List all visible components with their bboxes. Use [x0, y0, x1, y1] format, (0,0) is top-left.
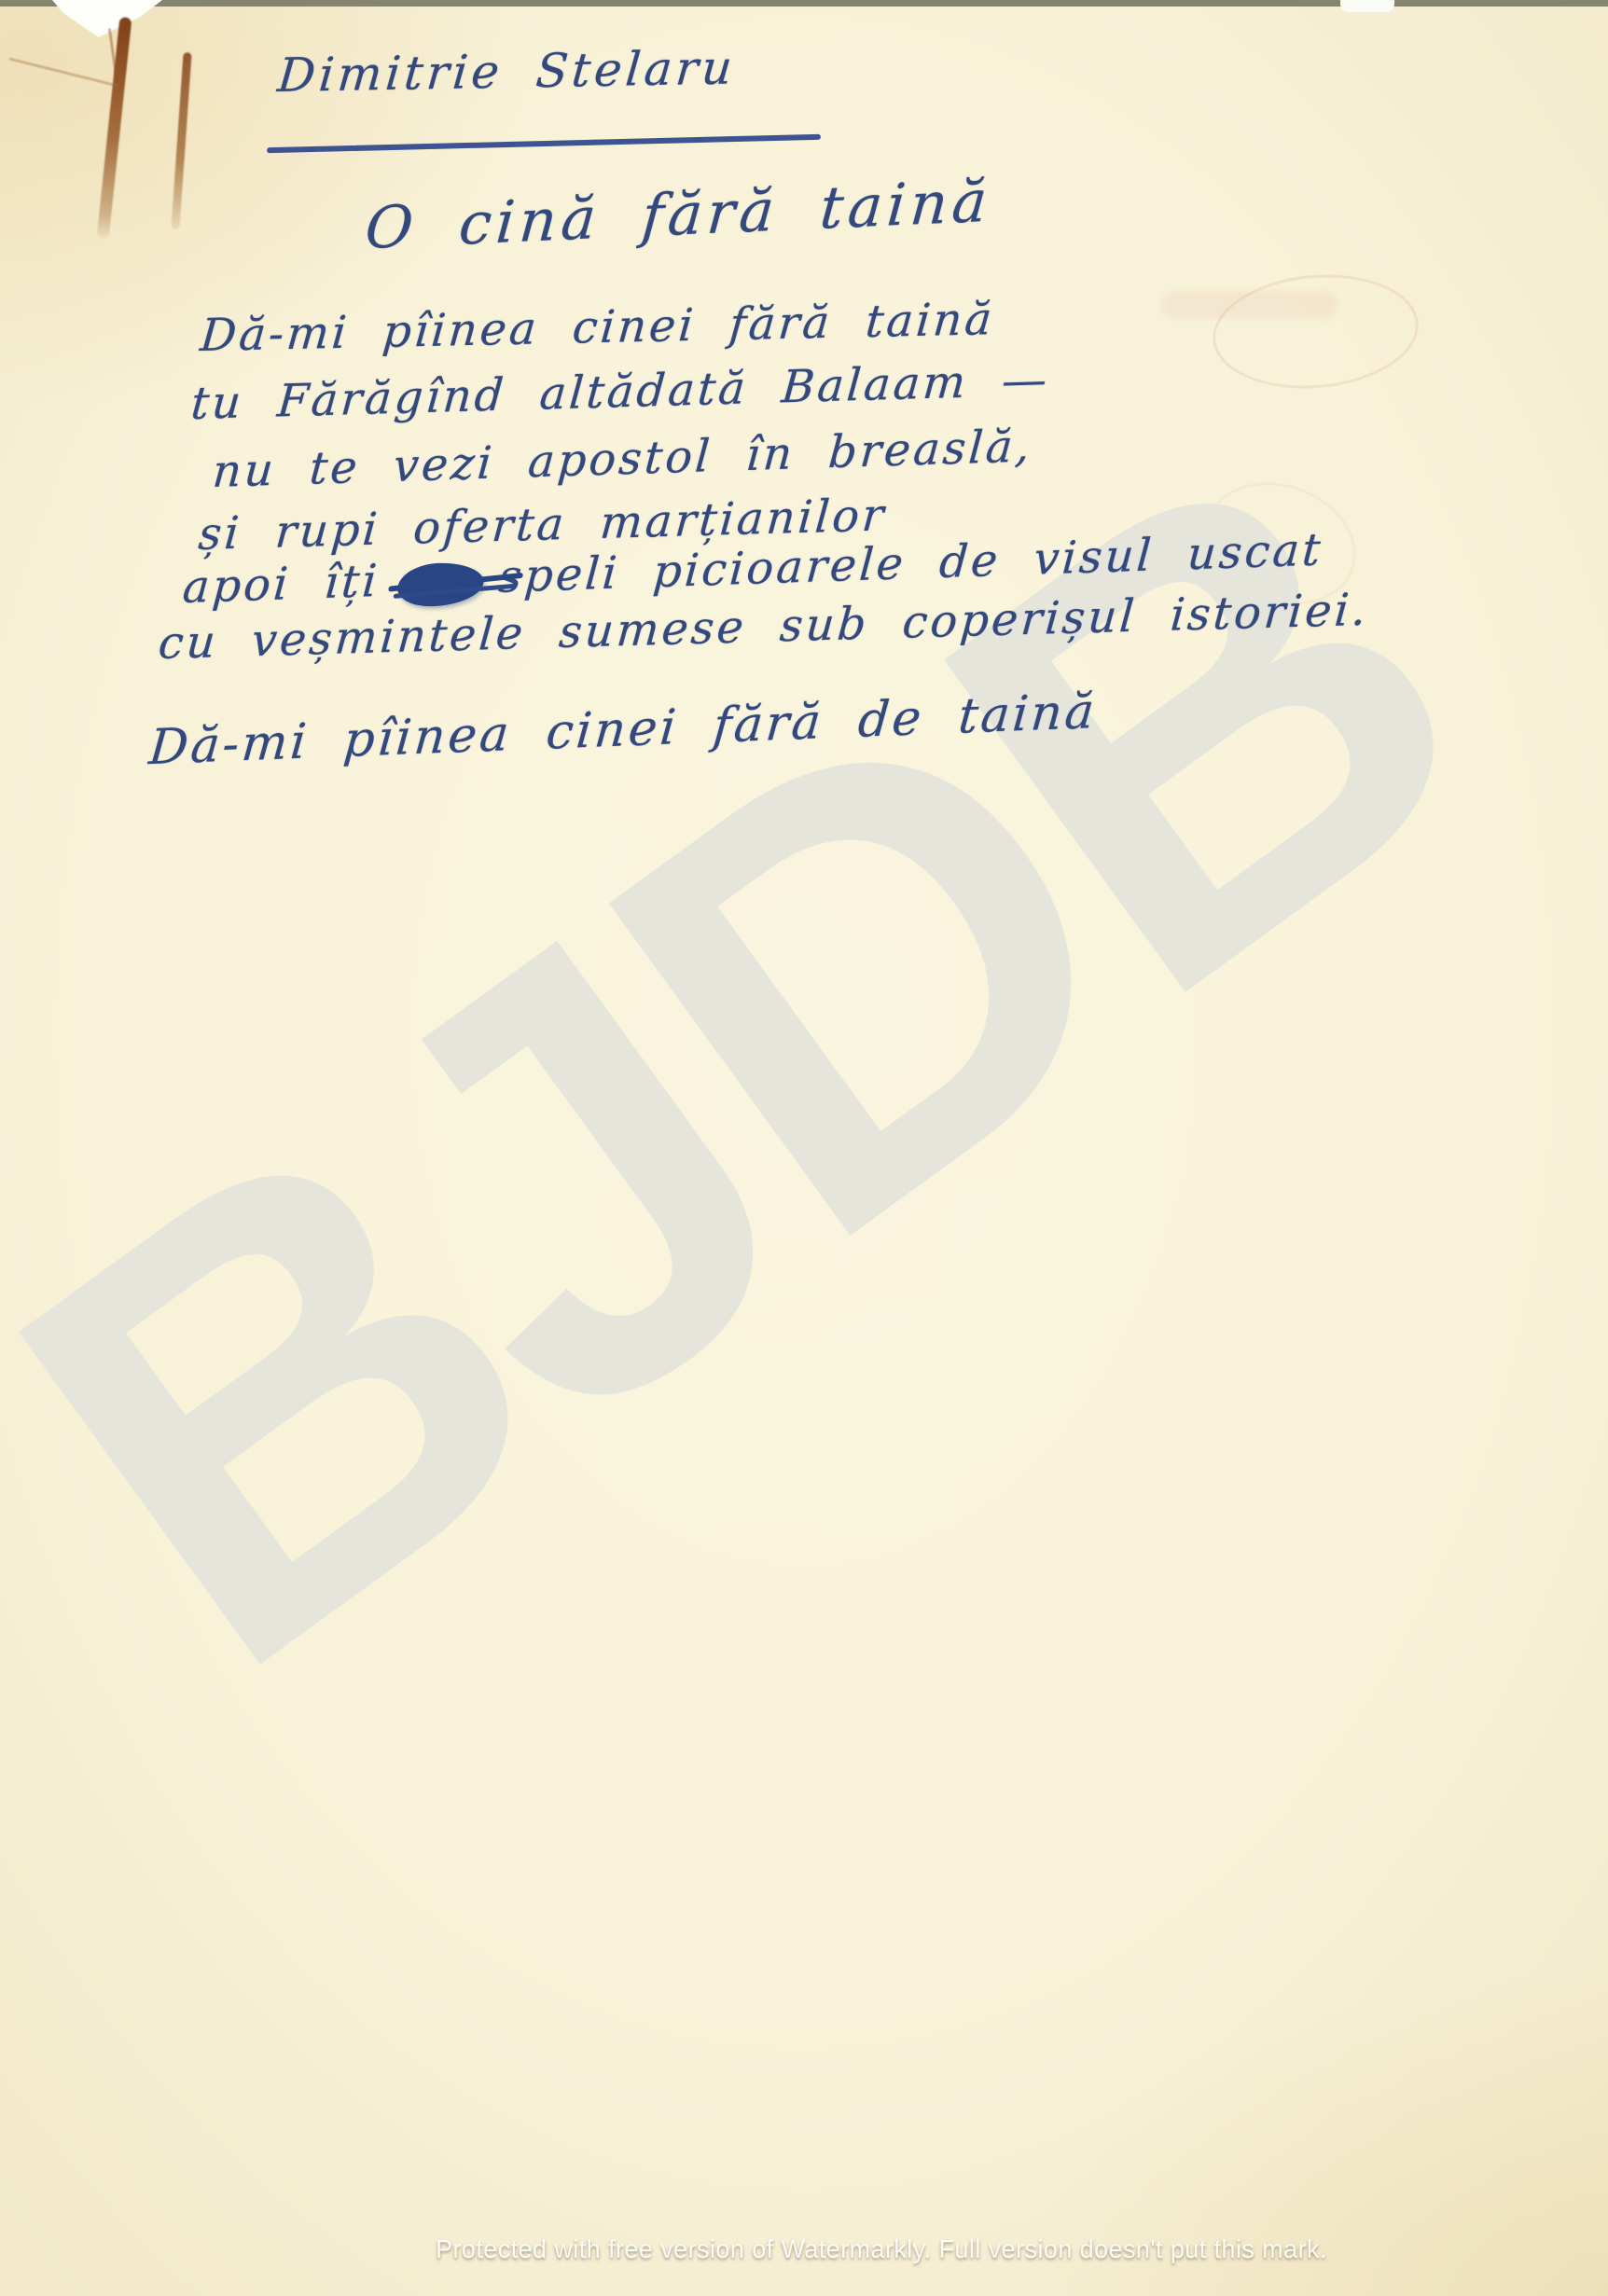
rust-stain-streak-2 — [171, 52, 191, 229]
poem-line-2: tu Fărăgînd altădată Balaam — — [189, 353, 1052, 430]
poem-title: O cină fără taină — [363, 167, 994, 263]
rust-stain-streak-1 — [97, 17, 132, 239]
author-underline-stroke — [267, 134, 821, 154]
paper-tear-top-left — [52, 0, 162, 37]
watermarkly-footer-notice: Protected with free version of Watermark… — [384, 2234, 1379, 2264]
faint-ink-ghost-smudge — [1161, 291, 1338, 319]
author-name: Dimitrie Stelaru — [275, 40, 738, 103]
manuscript-page: BJDB Dimitrie Stelaru O cină fără taină … — [0, 0, 1608, 2296]
poem-line-5-start: apoi îți — [181, 555, 381, 614]
faint-stamp-ghost — [1208, 267, 1423, 397]
crossed-out-ink-blot — [396, 561, 485, 607]
poem-line-1: Dă-mi pîinea cinei fără taină — [199, 293, 997, 362]
poem-line-3: nu te vezi apostol în breaslă, — [211, 420, 1034, 498]
paper-crease-line — [8, 58, 118, 88]
paper-tear-top-right — [1340, 0, 1394, 12]
